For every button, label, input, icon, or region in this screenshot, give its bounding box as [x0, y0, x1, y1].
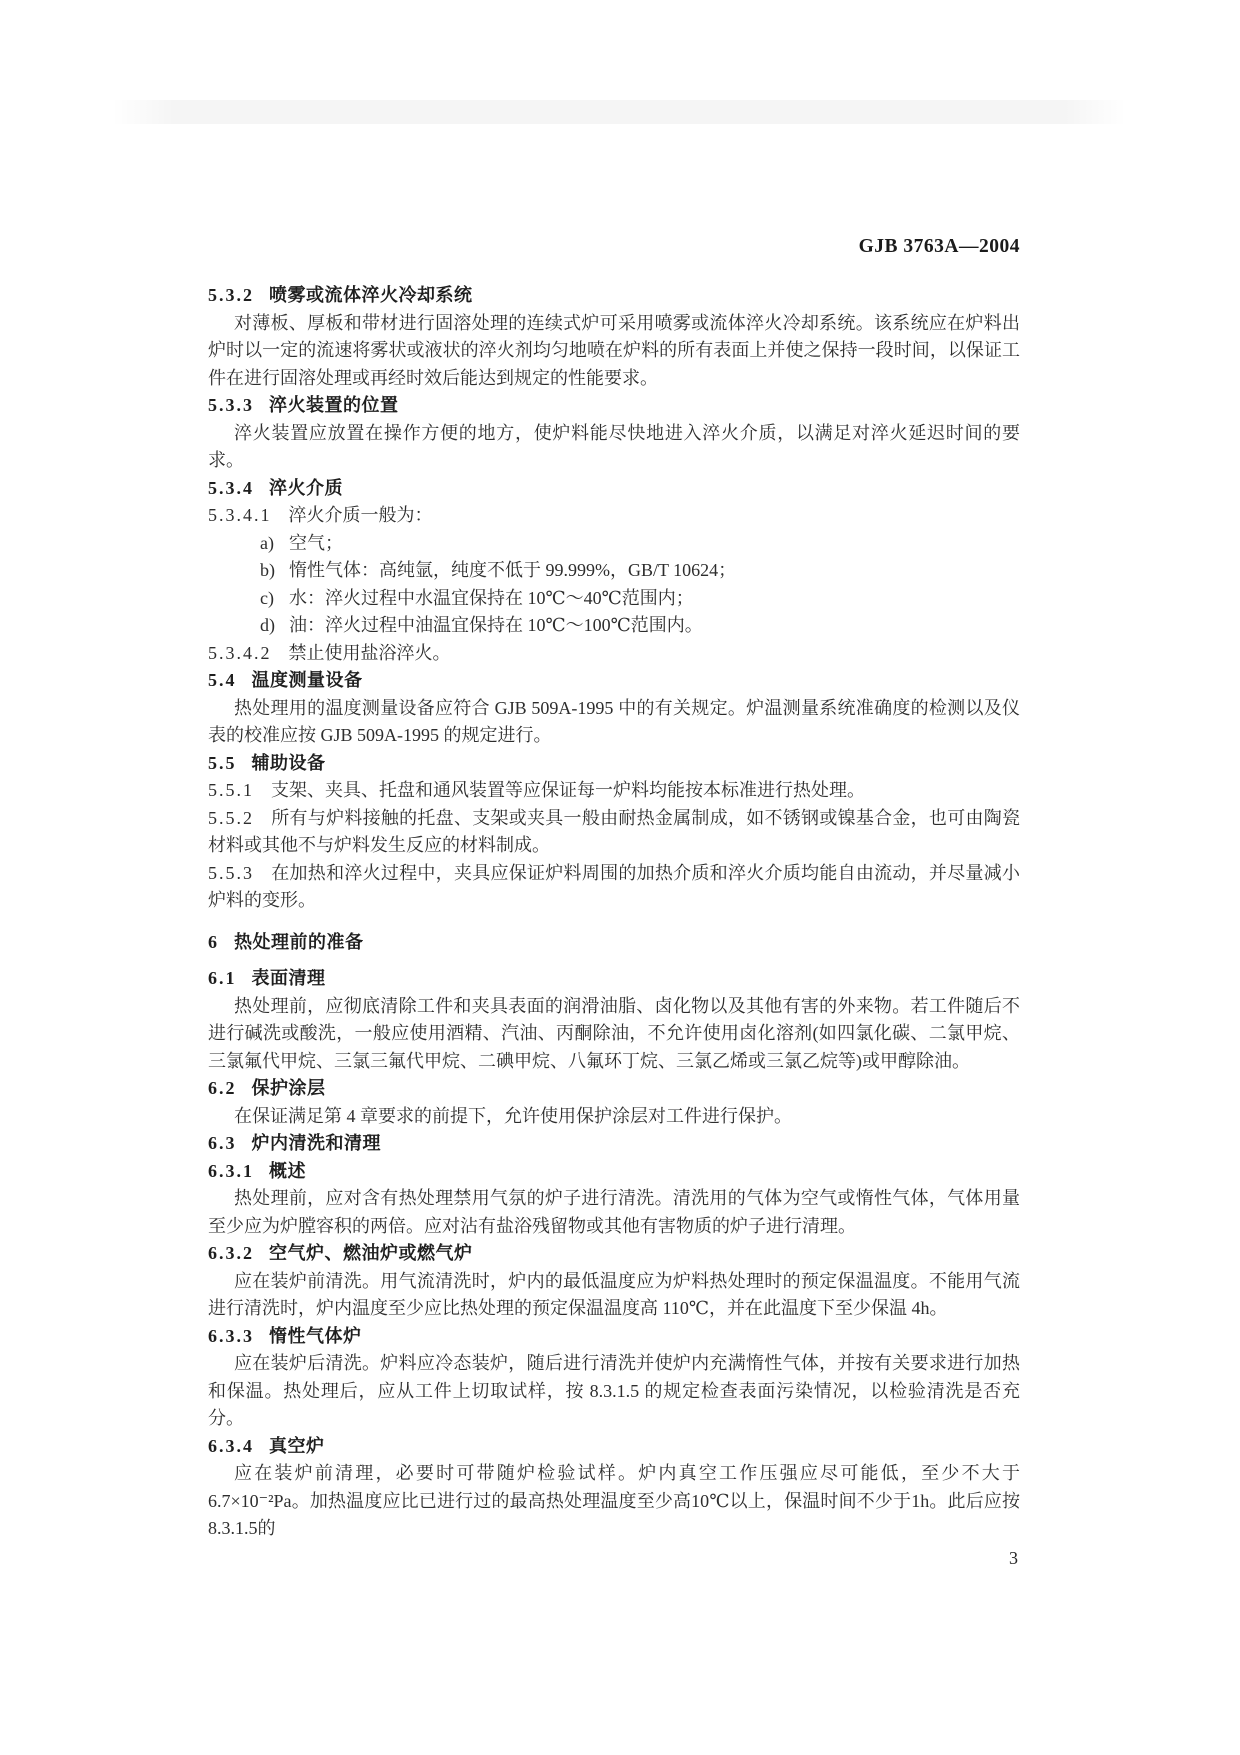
heading-title: 真空炉 — [269, 1436, 325, 1456]
paragraph: 在保证满足第 4 章要求的前提下，允许使用保护涂层对工件进行保护。 — [208, 1103, 1020, 1131]
heading-title: 空气炉、燃油炉或燃气炉 — [269, 1243, 473, 1263]
heading-title: 淬火装置的位置 — [269, 395, 399, 415]
numbered-paragraph: 5.5.3在加热和淬火过程中，夹具应保证炉料周围的加热介质和淬火介质均能自由流动… — [208, 860, 1020, 915]
chapter-heading: 6热处理前的准备 — [208, 929, 1020, 957]
heading-number: 6.3.4 — [208, 1436, 254, 1456]
list-item-text: 惰性气体：高纯氩，纯度不低于 99.999%，GB/T 10624； — [289, 560, 736, 580]
list-item-label: c) — [260, 585, 274, 613]
list-item-text: 空气； — [289, 533, 343, 553]
clause-text: 在加热和淬火过程中，夹具应保证炉料周围的加热介质和淬火介质均能自由流动，并尽量减… — [208, 863, 1020, 911]
list-item: b)惰性气体：高纯氩，纯度不低于 99.999%，GB/T 10624； — [208, 557, 1020, 585]
scan-artifact — [112, 100, 1126, 124]
heading-number: 6.1 — [208, 968, 237, 988]
clause-number: 5.3.4.2 — [208, 643, 272, 663]
heading-title: 热处理前的准备 — [234, 932, 364, 952]
section-heading: 6.3炉内清洗和清理 — [208, 1130, 1020, 1158]
heading-title: 保护涂层 — [252, 1078, 326, 1098]
heading-title: 温度测量设备 — [252, 670, 363, 690]
heading-title: 概述 — [269, 1161, 306, 1181]
clause-text: 禁止使用盐浴淬火。 — [289, 643, 451, 663]
clause-text: 淬火介质一般为： — [289, 505, 433, 525]
list-item-text: 油：淬火过程中油温宜保持在 10℃～100℃范围内。 — [289, 615, 703, 635]
clause-number: 5.5.1 — [208, 780, 254, 800]
heading-number: 6 — [208, 932, 219, 952]
heading-title: 喷雾或流体淬火冷却系统 — [269, 285, 473, 305]
heading-number: 6.2 — [208, 1078, 237, 1098]
section-heading: 6.3.3惰性气体炉 — [208, 1323, 1020, 1351]
clause-text: 所有与炉料接触的托盘、支架或夹具一般由耐热金属制成，如不锈钢或镍基合金，也可由陶… — [208, 808, 1020, 856]
numbered-paragraph: 5.5.1支架、夹具、托盘和通风装置等应保证每一炉料均能按本标准进行热处理。 — [208, 777, 1020, 805]
document-body: 5.3.2喷雾或流体淬火冷却系统对薄板、厚板和带材进行固溶处理的连续式炉可采用喷… — [208, 282, 1020, 1543]
section-heading: 6.3.1概述 — [208, 1158, 1020, 1186]
heading-number: 6.3.3 — [208, 1326, 254, 1346]
section-heading: 5.3.3淬火装置的位置 — [208, 392, 1020, 420]
clause-number: 5.5.3 — [208, 863, 254, 883]
paragraph: 应在装炉后清洗。炉料应冷态装炉，随后进行清洗并使炉内充满惰性气体，并按有关要求进… — [208, 1350, 1020, 1433]
standard-code: GJB 3763A—2004 — [208, 236, 1020, 258]
paragraph: 应在装炉前清理，必要时可带随炉检验试样。炉内真空工作压强应尽可能低，至少不大于6… — [208, 1460, 1020, 1543]
heading-number: 5.5 — [208, 753, 237, 773]
list-item-label: a) — [260, 530, 274, 558]
section-heading: 6.2保护涂层 — [208, 1075, 1020, 1103]
clause-text: 支架、夹具、托盘和通风装置等应保证每一炉料均能按本标准进行热处理。 — [271, 780, 865, 800]
heading-number: 6.3.2 — [208, 1243, 254, 1263]
numbered-paragraph: 5.3.4.2禁止使用盐浴淬火。 — [208, 640, 1020, 668]
section-heading: 6.3.2空气炉、燃油炉或燃气炉 — [208, 1240, 1020, 1268]
numbered-paragraph: 5.3.4.1淬火介质一般为： — [208, 502, 1020, 530]
paragraph: 热处理前，应对含有热处理禁用气氛的炉子进行清洗。清洗用的气体为空气或惰性气体，气… — [208, 1185, 1020, 1240]
heading-title: 炉内清洗和清理 — [252, 1133, 382, 1153]
section-heading: 6.3.4真空炉 — [208, 1433, 1020, 1461]
heading-number: 5.3.3 — [208, 395, 254, 415]
list-item-label: b) — [260, 557, 275, 585]
paragraph: 热处理前，应彻底清除工件和夹具表面的润滑油脂、卤化物以及其他有害的外来物。若工件… — [208, 993, 1020, 1076]
heading-title: 辅助设备 — [252, 753, 326, 773]
clause-number: 5.5.2 — [208, 808, 254, 828]
clause-number: 5.3.4.1 — [208, 505, 272, 525]
section-heading: 5.3.4淬火介质 — [208, 475, 1020, 503]
heading-number: 6.3.1 — [208, 1161, 254, 1181]
heading-number: 5.4 — [208, 670, 237, 690]
paragraph: 淬火装置应放置在操作方便的地方，使炉料能尽快地进入淬火介质，以满足对淬火延迟时间… — [208, 420, 1020, 475]
heading-title: 表面清理 — [252, 968, 326, 988]
heading-number: 5.3.4 — [208, 478, 254, 498]
page-number: 3 — [208, 1545, 1020, 1573]
list-item-text: 水：淬火过程中水温宜保持在 10℃～40℃范围内； — [289, 588, 694, 608]
list-item: c)水：淬火过程中水温宜保持在 10℃～40℃范围内； — [208, 585, 1020, 613]
heading-number: 6.3 — [208, 1133, 237, 1153]
paragraph: 热处理用的温度测量设备应符合 GJB 509A-1995 中的有关规定。炉温测量… — [208, 695, 1020, 750]
heading-number: 5.3.2 — [208, 285, 254, 305]
section-heading: 5.4温度测量设备 — [208, 667, 1020, 695]
numbered-paragraph: 5.5.2所有与炉料接触的托盘、支架或夹具一般由耐热金属制成，如不锈钢或镍基合金… — [208, 805, 1020, 860]
paragraph: 对薄板、厚板和带材进行固溶处理的连续式炉可采用喷雾或流体淬火冷却系统。该系统应在… — [208, 310, 1020, 393]
section-heading: 5.3.2喷雾或流体淬火冷却系统 — [208, 282, 1020, 310]
list-item: d)油：淬火过程中油温宜保持在 10℃～100℃范围内。 — [208, 612, 1020, 640]
heading-title: 惰性气体炉 — [269, 1326, 362, 1346]
section-heading: 5.5辅助设备 — [208, 750, 1020, 778]
list-item-label: d) — [260, 612, 275, 640]
section-heading: 6.1表面清理 — [208, 965, 1020, 993]
document-content: GJB 3763A—2004 5.3.2喷雾或流体淬火冷却系统对薄板、厚板和带材… — [208, 236, 1020, 1572]
list-item: a)空气； — [208, 530, 1020, 558]
heading-title: 淬火介质 — [269, 478, 343, 498]
paragraph: 应在装炉前清洗。用气流清洗时，炉内的最低温度应为炉料热处理时的预定保温温度。不能… — [208, 1268, 1020, 1323]
